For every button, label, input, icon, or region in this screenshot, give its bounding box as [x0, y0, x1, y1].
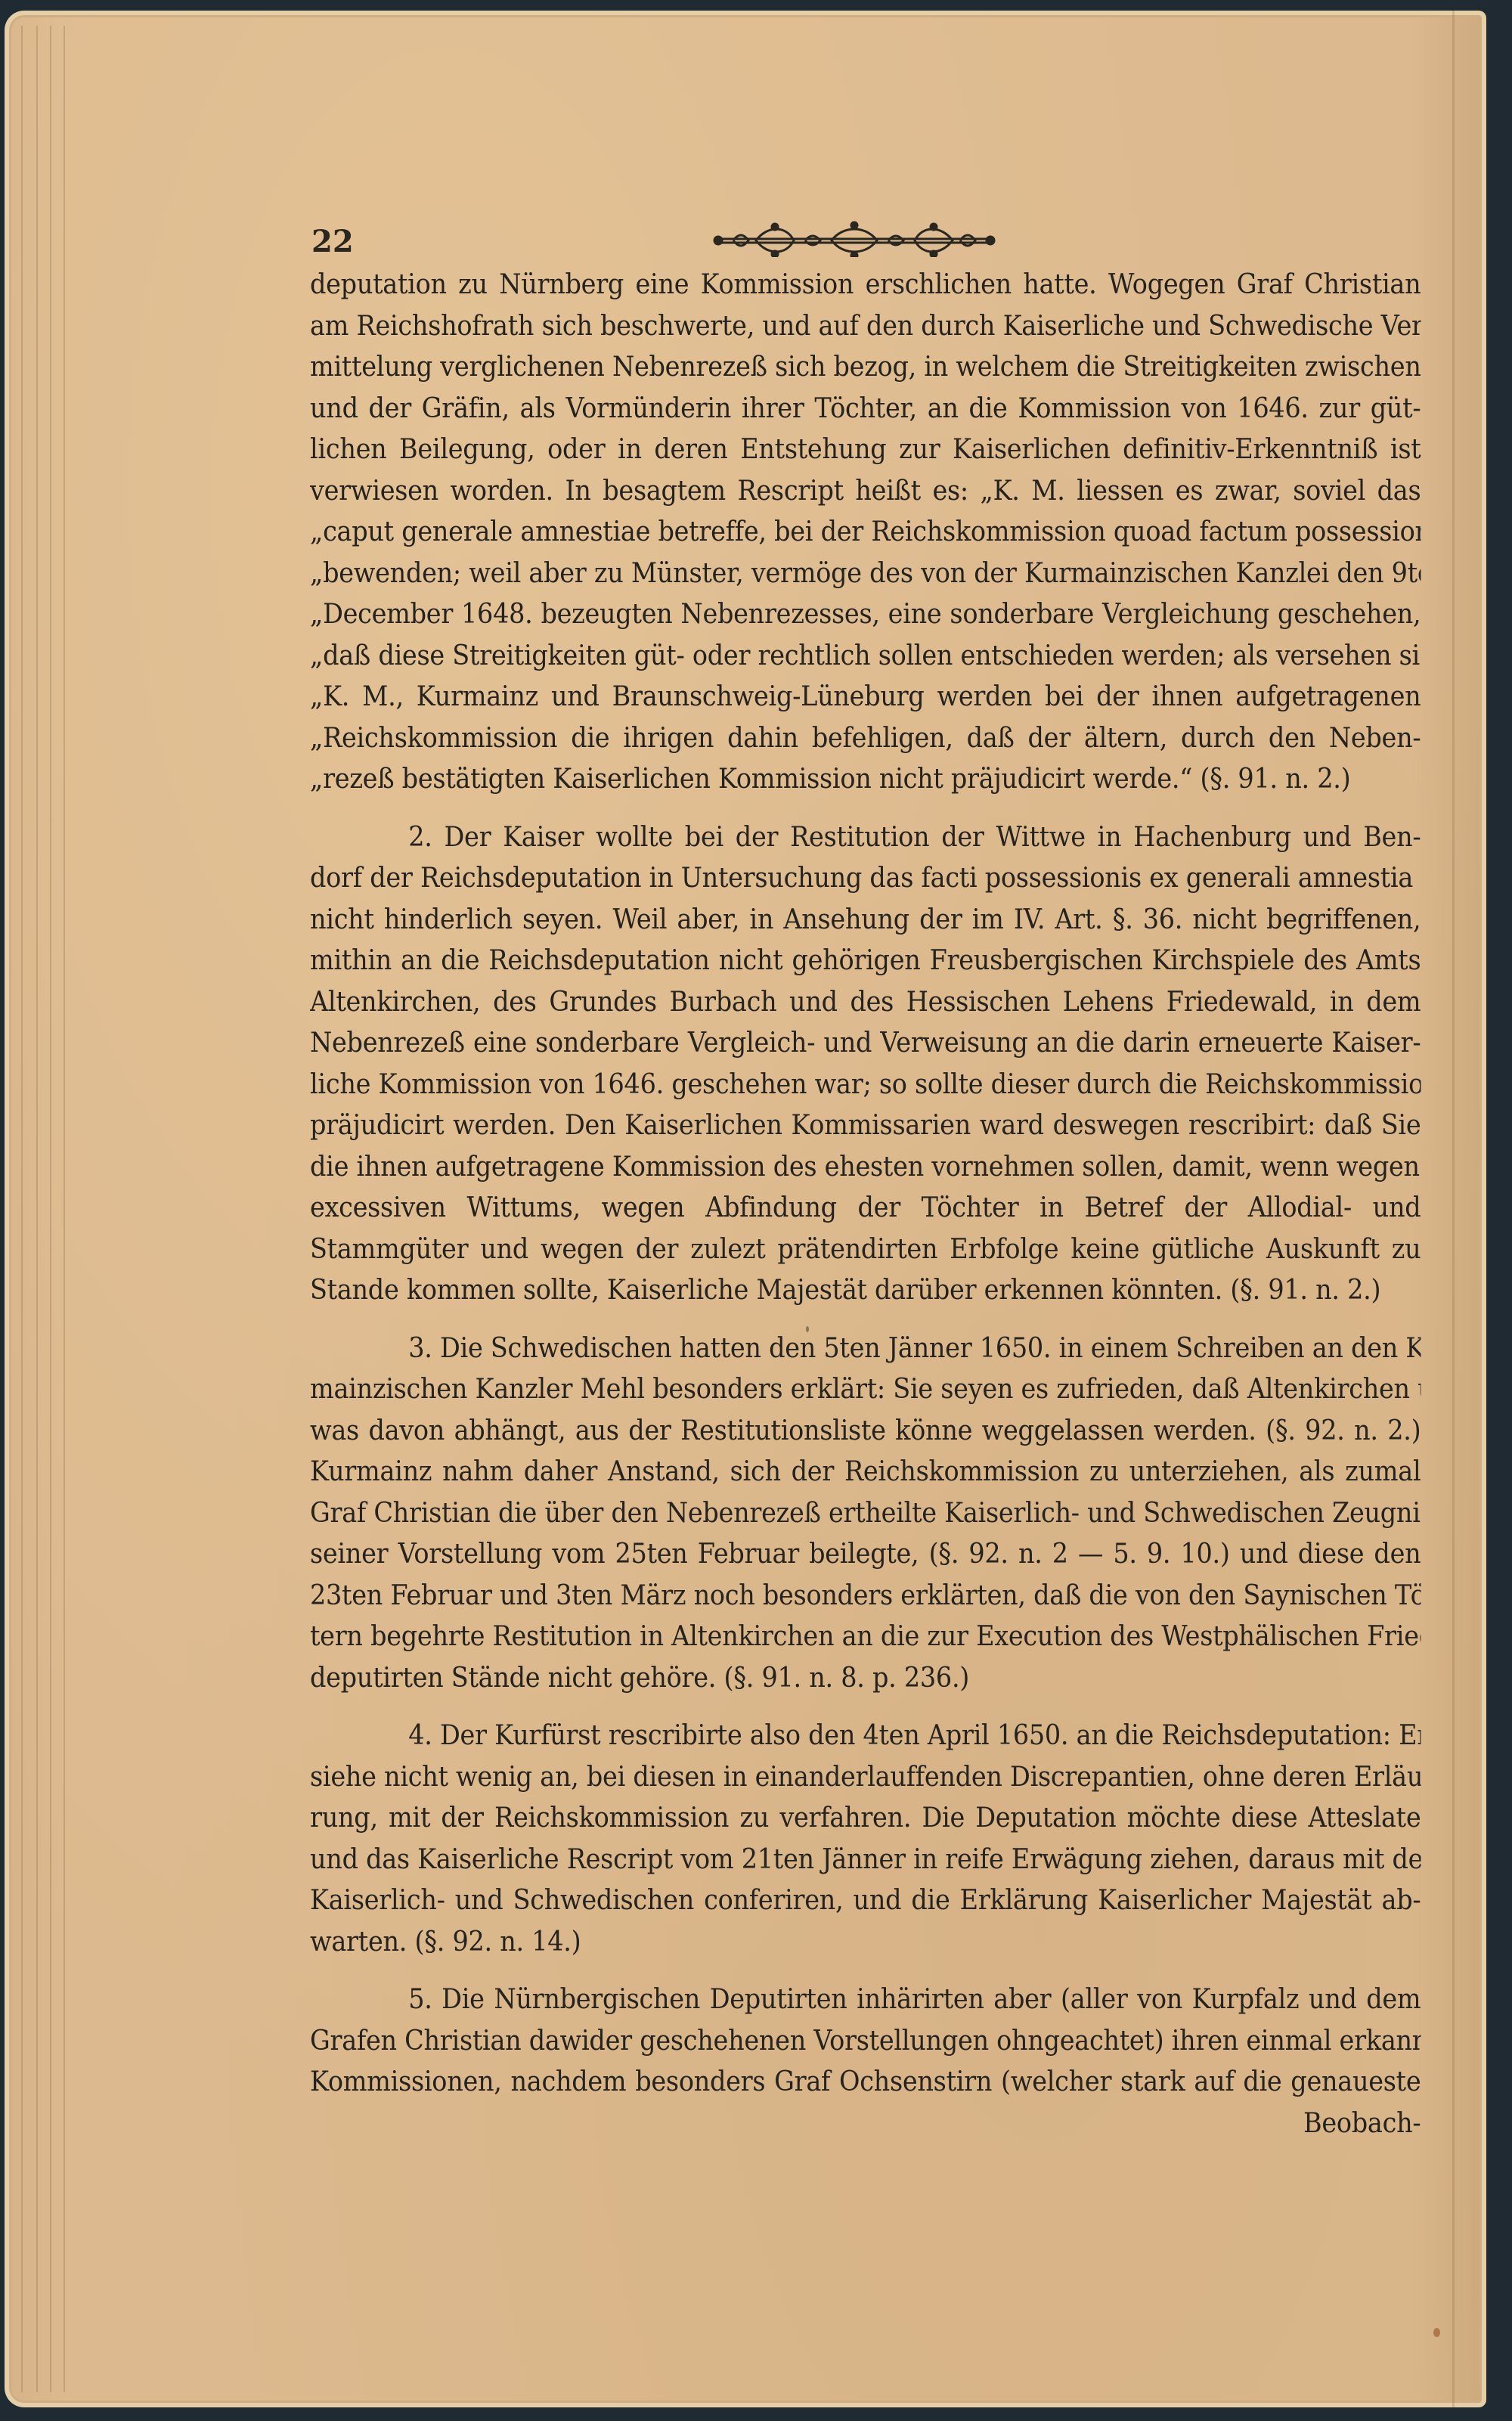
- text-line: verwiesen worden. In besagtem Rescript h…: [310, 471, 1421, 513]
- page-edge-line: [64, 26, 65, 2392]
- text-line: 2. Der Kaiser wollte bei der Restitution…: [310, 817, 1421, 859]
- ornament-vignette-icon: [711, 221, 998, 257]
- text-line: warten. (§. 92. n. 14.): [310, 1922, 1421, 1964]
- text-line: und das Kaiserliche Rescript vom 21ten J…: [310, 1840, 1421, 1881]
- text-line: Stande kommen sollte, Kaiserliche Majest…: [310, 1270, 1421, 1312]
- text-line: excessiven Wittums, wegen Abfindung der …: [310, 1188, 1421, 1229]
- text-line: tern begehrte Restitution in Altenkirche…: [310, 1617, 1421, 1658]
- text-line: „December 1648. bezeugten Nebenrezesses,…: [310, 594, 1421, 636]
- catchword: Beobach-: [310, 2103, 1421, 2145]
- text-line: deputation zu Nürnberg eine Kommission e…: [310, 265, 1421, 306]
- text-line: präjudicirt werden. Den Kaiserlichen Kom…: [310, 1105, 1421, 1147]
- text-line: „Reichskommission die ihrigen dahin befe…: [310, 718, 1421, 760]
- paragraph-continuation: deputation zu Nürnberg eine Kommission e…: [310, 265, 1421, 801]
- text-line: mittelung verglichenen Nebenrezeß sich b…: [310, 347, 1421, 389]
- text-line: Graf Christian die über den Nebenrezeß e…: [310, 1493, 1421, 1535]
- text-line: Altenkirchen, des Grundes Burbach und de…: [310, 982, 1421, 1024]
- text-line: 5. Die Nürnbergischen Deputirten inhärir…: [310, 1979, 1421, 2021]
- text-line: „K. M., Kurmainz und Braunschweig-Lünebu…: [310, 677, 1421, 718]
- body-text: deputation zu Nürnberg eine Kommission e…: [310, 265, 1421, 2161]
- text-line: siehe nicht wenig an, bei diesen in eina…: [310, 1757, 1421, 1799]
- paragraph-5: 5. Die Nürnbergischen Deputirten inhärir…: [310, 1979, 1421, 2144]
- text-line: die ihnen aufgetragene Kommission des eh…: [310, 1147, 1421, 1189]
- text-line: 23ten Februar und 3ten März noch besonde…: [310, 1576, 1421, 1617]
- text-line: „rezeß bestätigten Kaiserlichen Kommissi…: [310, 759, 1421, 801]
- paragraph-3: 3. Die Schwedischen hatten den 5ten Jänn…: [310, 1328, 1421, 1700]
- page-fold: [1452, 11, 1455, 2407]
- text-line: Stammgüter und wegen der zulezt prätendi…: [310, 1229, 1421, 1271]
- page-edge-line: [50, 26, 51, 2392]
- text-line: am Reichshofrath sich beschwerte, und au…: [310, 306, 1421, 348]
- text-line: „daß diese Streitigkeiten güt- oder rech…: [310, 636, 1421, 677]
- text-line: 3. Die Schwedischen hatten den 5ten Jänn…: [310, 1328, 1421, 1370]
- page-number: 22: [311, 224, 354, 259]
- paper-stain: [1433, 2328, 1440, 2337]
- text-line: „caput generale amnestiae betreffe, bei …: [310, 512, 1421, 553]
- text-line: 4. Der Kurfürst rescribirte also den 4te…: [310, 1716, 1421, 1757]
- text-line: Nebenrezeß eine sonderbare Vergleich- un…: [310, 1023, 1421, 1065]
- text-line: seiner Vorstellung vom 25ten Februar bei…: [310, 1534, 1421, 1576]
- text-line: Kurmainz nahm daher Anstand, sich der Re…: [310, 1452, 1421, 1493]
- text-line: mainzischen Kanzler Mehl besonders erklä…: [310, 1369, 1421, 1411]
- text-line: „bewenden; weil aber zu Münster, vermöge…: [310, 553, 1421, 595]
- paragraph-2: 2. Der Kaiser wollte bei der Restitution…: [310, 817, 1421, 1312]
- text-line: liche Kommission von 1646. geschehen war…: [310, 1065, 1421, 1106]
- text-line: lichen Beilegung, oder in deren Entstehu…: [310, 429, 1421, 471]
- text-line: dorf der Reichsdeputation in Untersuchun…: [310, 858, 1421, 900]
- text-line: und der Gräfin, als Vormünderin ihrer Tö…: [310, 389, 1421, 430]
- page-header: 22: [302, 221, 1429, 259]
- paragraph-4: 4. Der Kurfürst rescribirte also den 4te…: [310, 1716, 1421, 1963]
- page-edge-line: [36, 26, 38, 2392]
- text-line: mithin an die Reichsdeputation nicht geh…: [310, 941, 1421, 982]
- text-line: rung, mit der Reichskommission zu verfah…: [310, 1798, 1421, 1840]
- text-line: Kommissionen, nachdem besonders Graf Och…: [310, 2062, 1421, 2103]
- text-line: Kaiserlich- und Schwedischen conferiren,…: [310, 1880, 1421, 1922]
- page-edge-line: [21, 26, 23, 2392]
- text-line: was davon abhängt, aus der Restitutionsl…: [310, 1411, 1421, 1452]
- text-line: nicht hinderlich seyen. Weil aber, in An…: [310, 900, 1421, 941]
- text-line: deputirten Stände nicht gehöre. (§. 91. …: [310, 1658, 1421, 1700]
- text-line: Grafen Christian dawider geschehenen Vor…: [310, 2021, 1421, 2063]
